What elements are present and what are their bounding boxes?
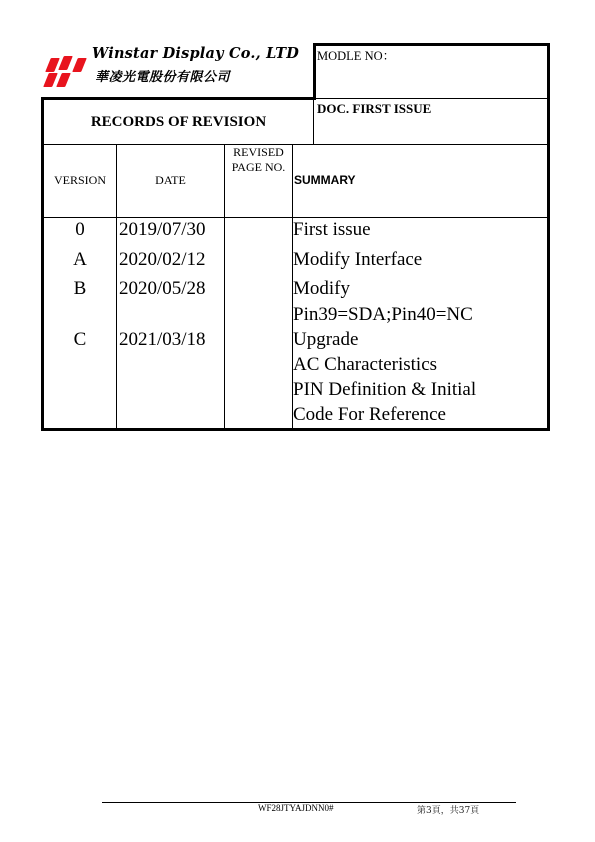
table-border — [547, 43, 550, 431]
column-header-revised-page-line2: PAGE NO. — [225, 160, 292, 175]
winstar-logo-icon — [44, 56, 90, 90]
table-border — [41, 97, 316, 100]
table-row-version: A — [44, 247, 116, 272]
table-row-summary: PIN Definition & Initial — [293, 377, 476, 402]
company-name-en: Winstar Display Co., LTD — [92, 45, 299, 62]
column-header-version: VERSION — [44, 173, 116, 188]
model-no-label: MODLE NO： — [317, 46, 395, 64]
table-row-date: 2019/07/30 — [119, 217, 206, 242]
doc-first-issue-label: DOC. FIRST ISSUE — [317, 101, 431, 117]
footer-doc-code: WF28JTYAJDNN0# — [258, 803, 334, 813]
table-border — [313, 98, 314, 144]
table-row-summary: Pin39=SDA;Pin40=NC — [293, 302, 473, 327]
table-row-version: C — [44, 327, 116, 352]
table-row-summary: Upgrade — [293, 327, 358, 352]
table-row-date: 2020/05/28 — [119, 276, 206, 301]
table-row-summary: AC Characteristics — [293, 352, 437, 377]
column-header-summary: SUMMARY — [294, 173, 356, 187]
column-header-revised-page-line1: REVISED — [225, 145, 292, 160]
table-row-summary: Modify Interface — [293, 247, 422, 272]
table-row-summary: First issue — [293, 217, 371, 242]
table-border — [313, 43, 316, 100]
table-row-summary: Modify — [293, 276, 350, 301]
table-border — [224, 144, 225, 430]
table-row-date: 2021/03/18 — [119, 327, 206, 352]
column-header-date: DATE — [117, 173, 224, 188]
table-border — [41, 144, 550, 145]
records-of-revision-title: RECORDS OF REVISION — [44, 114, 313, 131]
table-border — [313, 98, 550, 99]
footer-page-info: 第3頁，共37頁 — [417, 803, 479, 816]
table-row-summary: Code For Reference — [293, 402, 446, 427]
table-border — [41, 428, 550, 431]
table-row-version: 0 — [44, 217, 116, 242]
table-row-date: 2020/02/12 — [119, 247, 206, 272]
company-name-zh: 華凌光電股份有限公司 — [95, 66, 230, 85]
table-row-version: B — [44, 276, 116, 301]
